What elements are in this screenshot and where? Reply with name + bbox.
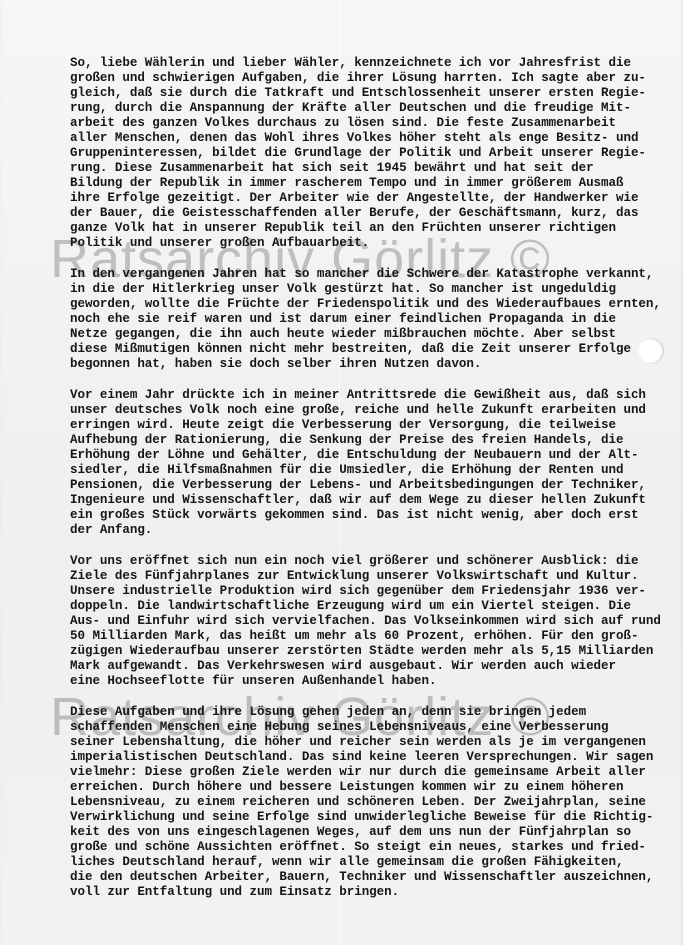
text-line: in die der Hitlerkrieg unser Volk gestür… bbox=[70, 282, 650, 297]
typewritten-text-body: So, liebe Wählerin und lieber Wähler, ke… bbox=[70, 56, 650, 916]
text-line: Verwirklichung und seine Erfolge sind un… bbox=[70, 810, 650, 825]
text-line: arbeit des ganzen Volkes durchaus zu lös… bbox=[70, 116, 650, 131]
text-line: die den deutschen Arbeiter, Bauern, Tech… bbox=[70, 870, 650, 885]
text-line: imperialistischen Deutschland. Das sind … bbox=[70, 750, 650, 765]
paragraph: In den vergangenen Jahren hat so mancher… bbox=[70, 267, 650, 372]
text-line: ihre Erfolge gezeitigt. Der Arbeiter wie… bbox=[70, 191, 650, 206]
text-line: begonnen hat, haben sie doch selber ihre… bbox=[70, 357, 650, 372]
paragraph: Vor uns eröffnet sich nun ein noch viel … bbox=[70, 554, 650, 689]
text-line: diese Mißmutigen können nicht mehr bestr… bbox=[70, 342, 650, 357]
text-line: eine Hochseeflotte für unseren Außenhand… bbox=[70, 674, 650, 689]
text-line: Bildung der Republik in immer rascherem … bbox=[70, 176, 650, 191]
text-line: keit des von uns eingeschlagenen Weges, … bbox=[70, 825, 650, 840]
text-line: Gruppeninteressen, bildet die Grundlage … bbox=[70, 146, 650, 161]
text-line: Ziele des Fünfjahrplanes zur Entwicklung… bbox=[70, 569, 650, 584]
text-line: Pensionen, die Verbesserung der Lebens- … bbox=[70, 478, 650, 493]
text-line: rung, durch die Anspannung der Kräfte al… bbox=[70, 101, 650, 116]
text-line: Aus- und Einfuhr wird sich vervielfachen… bbox=[70, 614, 650, 629]
text-line: schaffenden Menschen eine Hebung seines … bbox=[70, 720, 650, 735]
text-line: erringen wird. Heute zeigt die Verbesser… bbox=[70, 418, 650, 433]
text-line: Diese Aufgaben und ihre Lösung gehen jed… bbox=[70, 705, 650, 720]
text-line: gleich, daß sie durch die Tatkraft und E… bbox=[70, 86, 650, 101]
text-line: 50 Milliarden Mark, das heißt um mehr al… bbox=[70, 629, 650, 644]
text-line: Vor einem Jahr drückte ich in meiner Ant… bbox=[70, 388, 650, 403]
paragraph: Vor einem Jahr drückte ich in meiner Ant… bbox=[70, 388, 650, 538]
paragraph: Diese Aufgaben und ihre Lösung gehen jed… bbox=[70, 705, 650, 900]
text-line: siedler, die Hilfsmaßnahmen für die Umsi… bbox=[70, 463, 650, 478]
text-line: Aufhebung der Rationierung, die Senkung … bbox=[70, 433, 650, 448]
document-page: Ratsarchiv Görlitz © Ratsarchiv Görlitz … bbox=[0, 0, 683, 945]
text-line: Erhöhung der Löhne und Gehälter, die Ent… bbox=[70, 448, 650, 463]
text-line: liches Deutschland herauf, wenn wir alle… bbox=[70, 855, 650, 870]
text-line: Netze gegangen, die ihn auch heute wiede… bbox=[70, 327, 650, 342]
text-line: ein großes Stück vorwärts gekommen sind.… bbox=[70, 508, 650, 523]
text-line: der Anfang. bbox=[70, 523, 650, 538]
text-line: So, liebe Wählerin und lieber Wähler, ke… bbox=[70, 56, 650, 71]
text-line: der Bauer, die Geistesschaffenden aller … bbox=[70, 206, 650, 221]
text-line: große und schöne Aussichten eröffnet. So… bbox=[70, 840, 650, 855]
text-line: erreichen. Durch höhere und bessere Leis… bbox=[70, 780, 650, 795]
punch-hole bbox=[638, 338, 664, 364]
text-line: doppeln. Die landwirtschaftliche Erzeugu… bbox=[70, 599, 650, 614]
text-line: zügigen Wiederaufbau unserer zerstörten … bbox=[70, 644, 650, 659]
text-line: seiner Lebenshaltung, die höher und reic… bbox=[70, 735, 650, 750]
text-line: In den vergangenen Jahren hat so mancher… bbox=[70, 267, 650, 282]
text-line: geworden, wollte die Früchte der Frieden… bbox=[70, 297, 650, 312]
text-line: noch ehe sie reif waren und ist darum ei… bbox=[70, 312, 650, 327]
text-line: Mark aufgewandt. Das Verkehrswesen wird … bbox=[70, 659, 650, 674]
text-line: ganze Volk hat in unserer Republik teil … bbox=[70, 221, 650, 236]
text-line: voll zur Entfaltung und zum Einsatz brin… bbox=[70, 885, 650, 900]
text-line: Ingenieure und Wissenschaftler, daß wir … bbox=[70, 493, 650, 508]
text-line: unser deutsches Volk noch eine große, re… bbox=[70, 403, 650, 418]
paragraph: So, liebe Wählerin und lieber Wähler, ke… bbox=[70, 56, 650, 251]
text-line: Unsere industrielle Produktion wird sich… bbox=[70, 584, 650, 599]
text-line: aller Menschen, denen das Wohl ihres Vol… bbox=[70, 131, 650, 146]
text-line: Lebensniveau, zu einem reicheren und sch… bbox=[70, 795, 650, 810]
text-line: großen und schwierigen Aufgaben, die ihr… bbox=[70, 71, 650, 86]
text-line: Politik und unserer großen Aufbauarbeit. bbox=[70, 236, 650, 251]
text-line: rung. Diese Zusammenarbeit hat sich seit… bbox=[70, 161, 650, 176]
text-line: Vor uns eröffnet sich nun ein noch viel … bbox=[70, 554, 650, 569]
text-line: vielmehr: Diese großen Ziele werden wir … bbox=[70, 765, 650, 780]
